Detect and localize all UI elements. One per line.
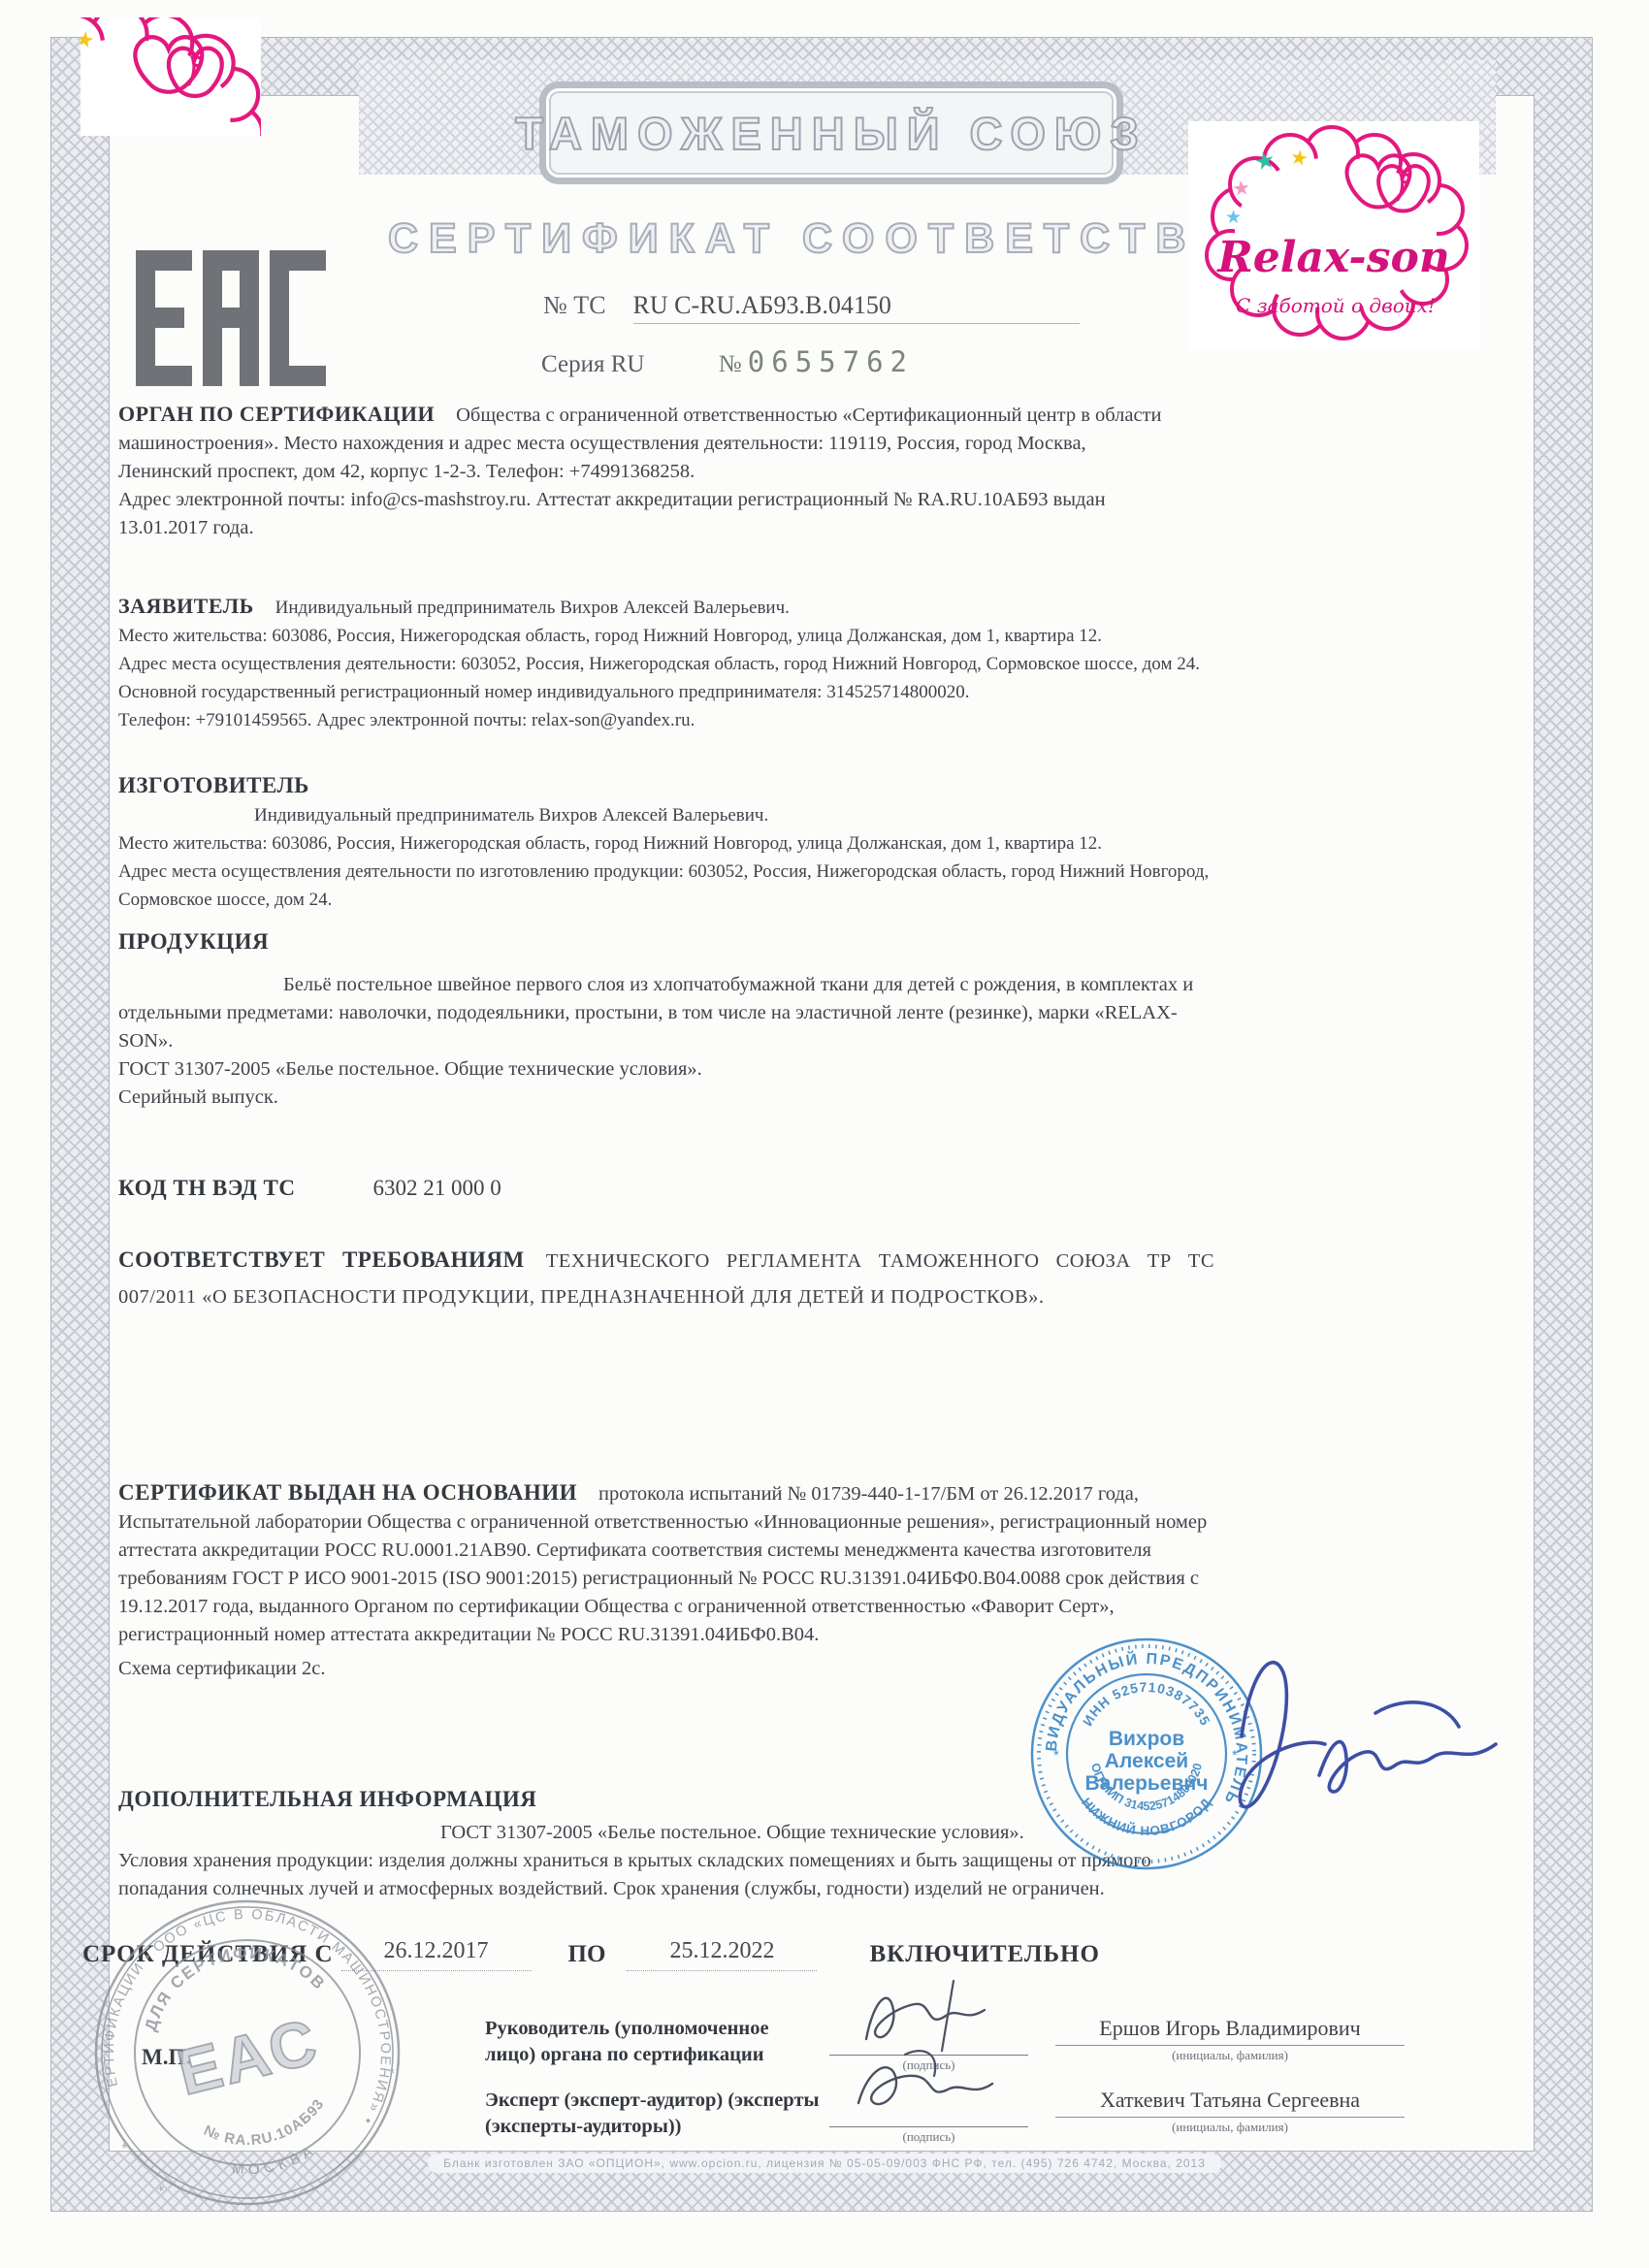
sign-head-label: Руководитель (уполномоченное лицо) орган…: [485, 2016, 820, 2068]
expert-name-caption: (инициалы, фамилия): [1055, 2120, 1405, 2135]
applicant-intro: Индивидуальный предприниматель Вихров Ал…: [275, 598, 790, 618]
document-title: СЕРТИФИКАТ СООТВЕТСТВИЯ: [388, 215, 1261, 263]
sign-expert-name-cell: Хаткевич Татьяна Сергеевна (инициалы, фа…: [1055, 2088, 1405, 2135]
series-number: 0655762: [748, 345, 914, 378]
sign-expert-label: Эксперт (эксперт-аудитор) (эксперты (экс…: [485, 2088, 820, 2140]
union-title: ТАМОЖЕННЫЙ СОЮЗ: [515, 107, 1148, 160]
blank-manufacturer-fine-print: Бланк изготовлен ЗАО «ОПЦИОН», www.opcio…: [0, 2154, 1649, 2173]
certification-body-stamp: ОРГАН ПО СЕРТИФИКАЦИИ • ООО «ЦС В ОБЛАСТ…: [39, 1880, 456, 2229]
additional-heading: ДОПОЛНИТЕЛЬНАЯ ИНФОРМАЦИЯ: [118, 1787, 536, 1811]
applicant-line: Основной государственный регистрационный…: [118, 678, 1214, 706]
sign-expert-signature-cell: (подпись): [829, 2088, 1028, 2145]
applicant-heading: ЗАЯВИТЕЛЬ: [118, 594, 254, 618]
validity-to-label: ПО: [568, 1941, 606, 1968]
authority-text-2: Адрес электронной почты: info@cs-mashstr…: [118, 489, 1106, 538]
head-name-caption: (инициалы, фамилия): [1055, 2048, 1405, 2063]
eac-conformity-mark-icon: [136, 250, 326, 386]
certificate-page: ТАМОЖЕННЫЙ СОЮЗ СЕРТИФИКАТ СООТВЕТСТВИЯ …: [0, 0, 1649, 2268]
sign-head-name-cell: Ершов Игорь Владимирович (инициалы, фами…: [1055, 2016, 1405, 2063]
products-paragraph: Бельё постельное швейное первого слоя из…: [118, 971, 1214, 1055]
brand-logo-icon: ★ ★ ★ ★ Relax-son С заботой о двоих!: [81, 17, 261, 136]
section-tnved-code: КОД ТН ВЭД ТС6302 21 000 0: [118, 1174, 1214, 1204]
brand-logo-icon: ★ ★ ★ ★ Relax-son С заботой о двоих!: [1188, 121, 1479, 350]
manufacturer-line: Адрес места осуществления деятельности п…: [118, 858, 1214, 914]
gray-stamp-eac-text: ЕАС: [171, 2004, 326, 2108]
authority-heading: ОРГАН ПО СЕРТИФИКАЦИИ: [118, 402, 435, 426]
section-manufacturer: ИЗГОТОВИТЕЛЬ Индивидуальный предпринимат…: [118, 771, 1214, 914]
products-serial: Серийный выпуск.: [118, 1084, 1214, 1112]
manufacturer-intro: Индивидуальный предприниматель Вихров Ал…: [118, 801, 1214, 829]
applicant-line: Телефон: +79101459565. Адрес электронной…: [118, 706, 1214, 734]
products-gost: ГОСТ 31307-2005 «Белье постельное. Общие…: [118, 1055, 1214, 1084]
applicant-line: Место жительства: 603086, Россия, Нижего…: [118, 622, 1214, 650]
svg-text:*: *: [157, 2183, 167, 2200]
basis-heading: СЕРТИФИКАТ ВЫДАН НА ОСНОВАНИИ: [118, 1480, 577, 1505]
expert-signature-caption: (подпись): [829, 2129, 1028, 2145]
section-products: ПРОДУКЦИЯ Бельё постельное швейное перво…: [118, 927, 1214, 1112]
section-compliance: СООТВЕТСТВУЕТ ТРЕБОВАНИЯМТЕХНИЧЕСКОГО РЕ…: [118, 1242, 1214, 1315]
certificate-number-line: № ТСRU C-RU.АБ93.В.04150: [543, 291, 1080, 324]
applicant-line: Адрес места осуществления деятельности: …: [118, 650, 1214, 678]
entrepreneur-signature-icon: [1125, 1620, 1533, 1872]
brand-logo-box-right: ★ ★ ★ ★ Relax-son С заботой о двоих!: [1188, 121, 1479, 350]
tnved-value: 6302 21 000 0: [372, 1176, 501, 1200]
expert-signer-name: Хаткевич Татьяна Сергеевна: [1055, 2088, 1405, 2118]
series-label: Серия RU: [541, 351, 644, 377]
products-heading: ПРОДУКЦИЯ: [118, 929, 269, 954]
manufacturer-heading: ИЗГОТОВИТЕЛЬ: [118, 773, 309, 797]
head-signer-name: Ершов Игорь Владимирович: [1055, 2016, 1405, 2046]
compliance-heading: СООТВЕТСТВУЕТ ТРЕБОВАНИЯМ: [118, 1247, 525, 1272]
certificate-number-label: № ТС: [543, 291, 606, 319]
manufacturer-line: Место жительства: 603086, Россия, Нижего…: [118, 829, 1214, 858]
section-applicant: ЗАЯВИТЕЛЬИндивидуальный предприниматель …: [118, 592, 1214, 734]
sign-row-expert: Эксперт (эксперт-аудитор) (эксперты (экс…: [485, 2088, 1416, 2145]
brand-name: Relax-son: [81, 118, 244, 136]
validity-to-date: 25.12.2022: [627, 1938, 817, 1971]
section-certification-authority: ОРГАН ПО СЕРТИФИКАЦИИОбщества с ограниче…: [118, 400, 1171, 542]
union-title-box: ТАМОЖЕННЫЙ СОЮЗ: [539, 81, 1123, 184]
series-number-sign: №: [719, 351, 742, 377]
series-line: Серия RU № 0655762: [541, 345, 914, 378]
brand-tagline: С заботой о двоих!: [1236, 294, 1436, 317]
brand-logo-box-left: ★ ★ ★ ★ Relax-son С заботой о двоих!: [81, 17, 261, 136]
svg-text:*: *: [1053, 1747, 1059, 1764]
tnved-label: КОД ТН ВЭД ТС: [118, 1176, 295, 1200]
svg-text:★: ★: [1225, 208, 1242, 228]
svg-text:★: ★: [1231, 176, 1251, 201]
expert-signature-icon: [829, 2041, 1028, 2128]
certificate-number-value: RU C-RU.АБ93.В.04150: [633, 291, 1080, 324]
brand-name: Relax-son: [1215, 233, 1450, 282]
validity-inclusive: ВКЛЮЧИТЕЛЬНО: [869, 1941, 1100, 1968]
